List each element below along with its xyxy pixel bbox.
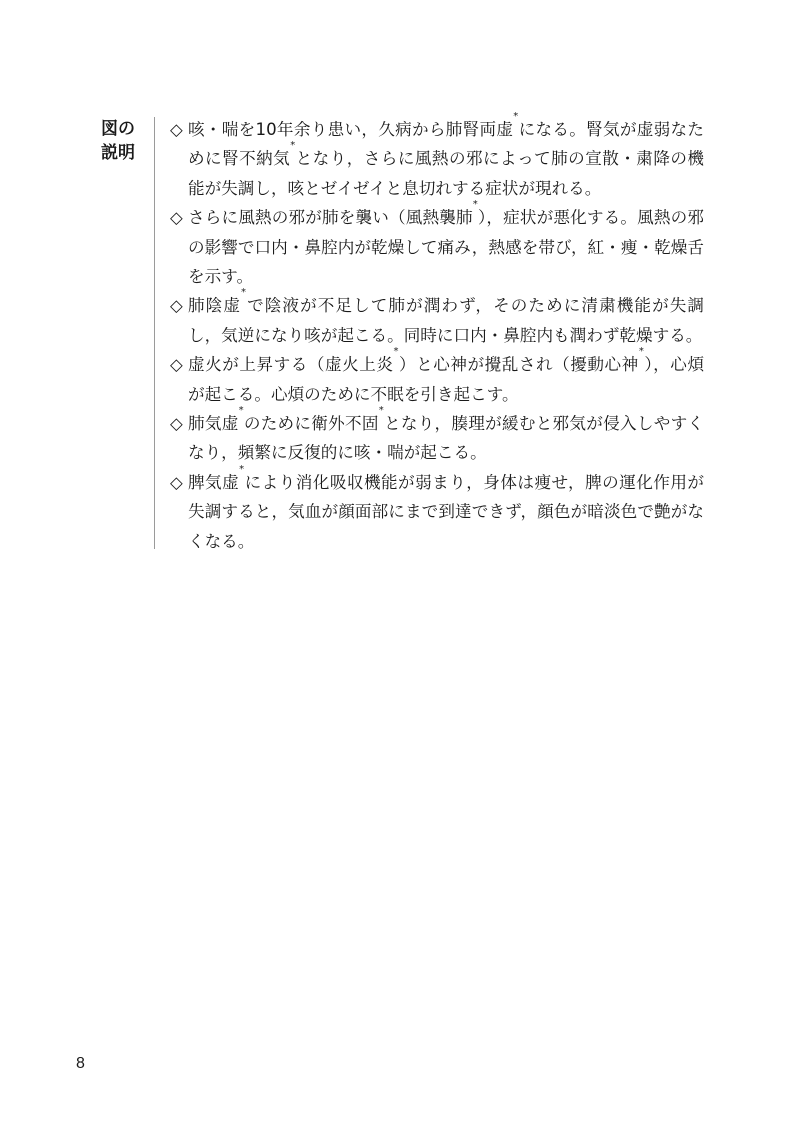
explanation-item: ◇脾気虚*により消化吸収機能が弱まり，身体は痩せ，脾の運化作用が失調すると，気血… xyxy=(170,468,704,556)
diamond-bullet-icon: ◇ xyxy=(170,115,183,144)
explanation-item: ◇咳・喘を10年余り患い，久病から肺腎両虚*になる。腎気が虚弱なために腎不納気*… xyxy=(170,115,704,203)
footnote-marker: * xyxy=(639,346,644,357)
explanation-item: ◇さらに風熱の邪が肺を襲い（風熱襲肺*），症状が悪化する。風熱の邪の影響で口内・… xyxy=(170,203,704,291)
item-text: のために衛外不固 xyxy=(244,414,379,433)
footnote-marker: * xyxy=(239,405,244,416)
item-text: さらに風熱の邪が肺を襲い（風熱襲肺 xyxy=(188,208,473,227)
item-text: 咳・喘を10年余り患い，久病から肺腎両虚 xyxy=(188,120,513,139)
vertical-divider xyxy=(154,117,155,549)
footnote-marker: * xyxy=(239,464,244,475)
document-page: 図の 説明 ◇咳・喘を10年余り患い，久病から肺腎両虚*になる。腎気が虚弱なため… xyxy=(0,0,800,1135)
item-text: 肺気虚 xyxy=(188,414,239,433)
explanation-item: ◇虚火が上昇する（虚火上炎*）と心神が攪乱され（擾動心神*），心煩が起こる。心煩… xyxy=(170,350,704,409)
footnote-marker: * xyxy=(241,287,246,298)
diamond-bullet-icon: ◇ xyxy=(170,350,183,379)
figure-label-line-2: 説明 xyxy=(101,141,141,165)
footnote-marker: * xyxy=(394,346,399,357)
figure-label-line-1: 図の xyxy=(101,117,141,141)
item-text: 肺陰虚 xyxy=(188,296,241,315)
diamond-bullet-icon: ◇ xyxy=(170,203,183,232)
item-text: により消化吸収機能が弱まり，身体は痩せ，脾の運化作用が失調すると，気血が顔面部に… xyxy=(188,473,704,551)
item-text: 虚火が上昇する（虚火上炎 xyxy=(188,355,394,374)
footnote-marker: * xyxy=(473,199,478,210)
footnote-marker: * xyxy=(379,405,384,416)
explanation-list: ◇咳・喘を10年余り患い，久病から肺腎両虚*になる。腎気が虚弱なために腎不納気*… xyxy=(170,115,704,556)
footnote-marker: * xyxy=(290,140,295,151)
diamond-bullet-icon: ◇ xyxy=(170,468,183,497)
page-number: 8 xyxy=(76,1055,85,1073)
footnote-marker: * xyxy=(513,111,518,122)
diamond-bullet-icon: ◇ xyxy=(170,409,183,438)
item-text: 脾気虚 xyxy=(188,473,239,492)
diamond-bullet-icon: ◇ xyxy=(170,291,183,320)
explanation-item: ◇肺気虚*のために衛外不固*となり，腠理が緩むと邪気が侵入しやすくなり，頻繁に反… xyxy=(170,409,704,468)
explanation-item: ◇肺陰虚*で陰液が不足して肺が潤わず，そのために清粛機能が失調し，気逆になり咳が… xyxy=(170,291,704,350)
item-text: ）と心神が攪乱され（擾動心神 xyxy=(399,355,639,374)
item-text: で陰液が不足して肺が潤わず，そのために清粛機能が失調し，気逆になり咳が起こる。同… xyxy=(188,296,704,344)
figure-explanation-label: 図の 説明 xyxy=(101,117,141,165)
